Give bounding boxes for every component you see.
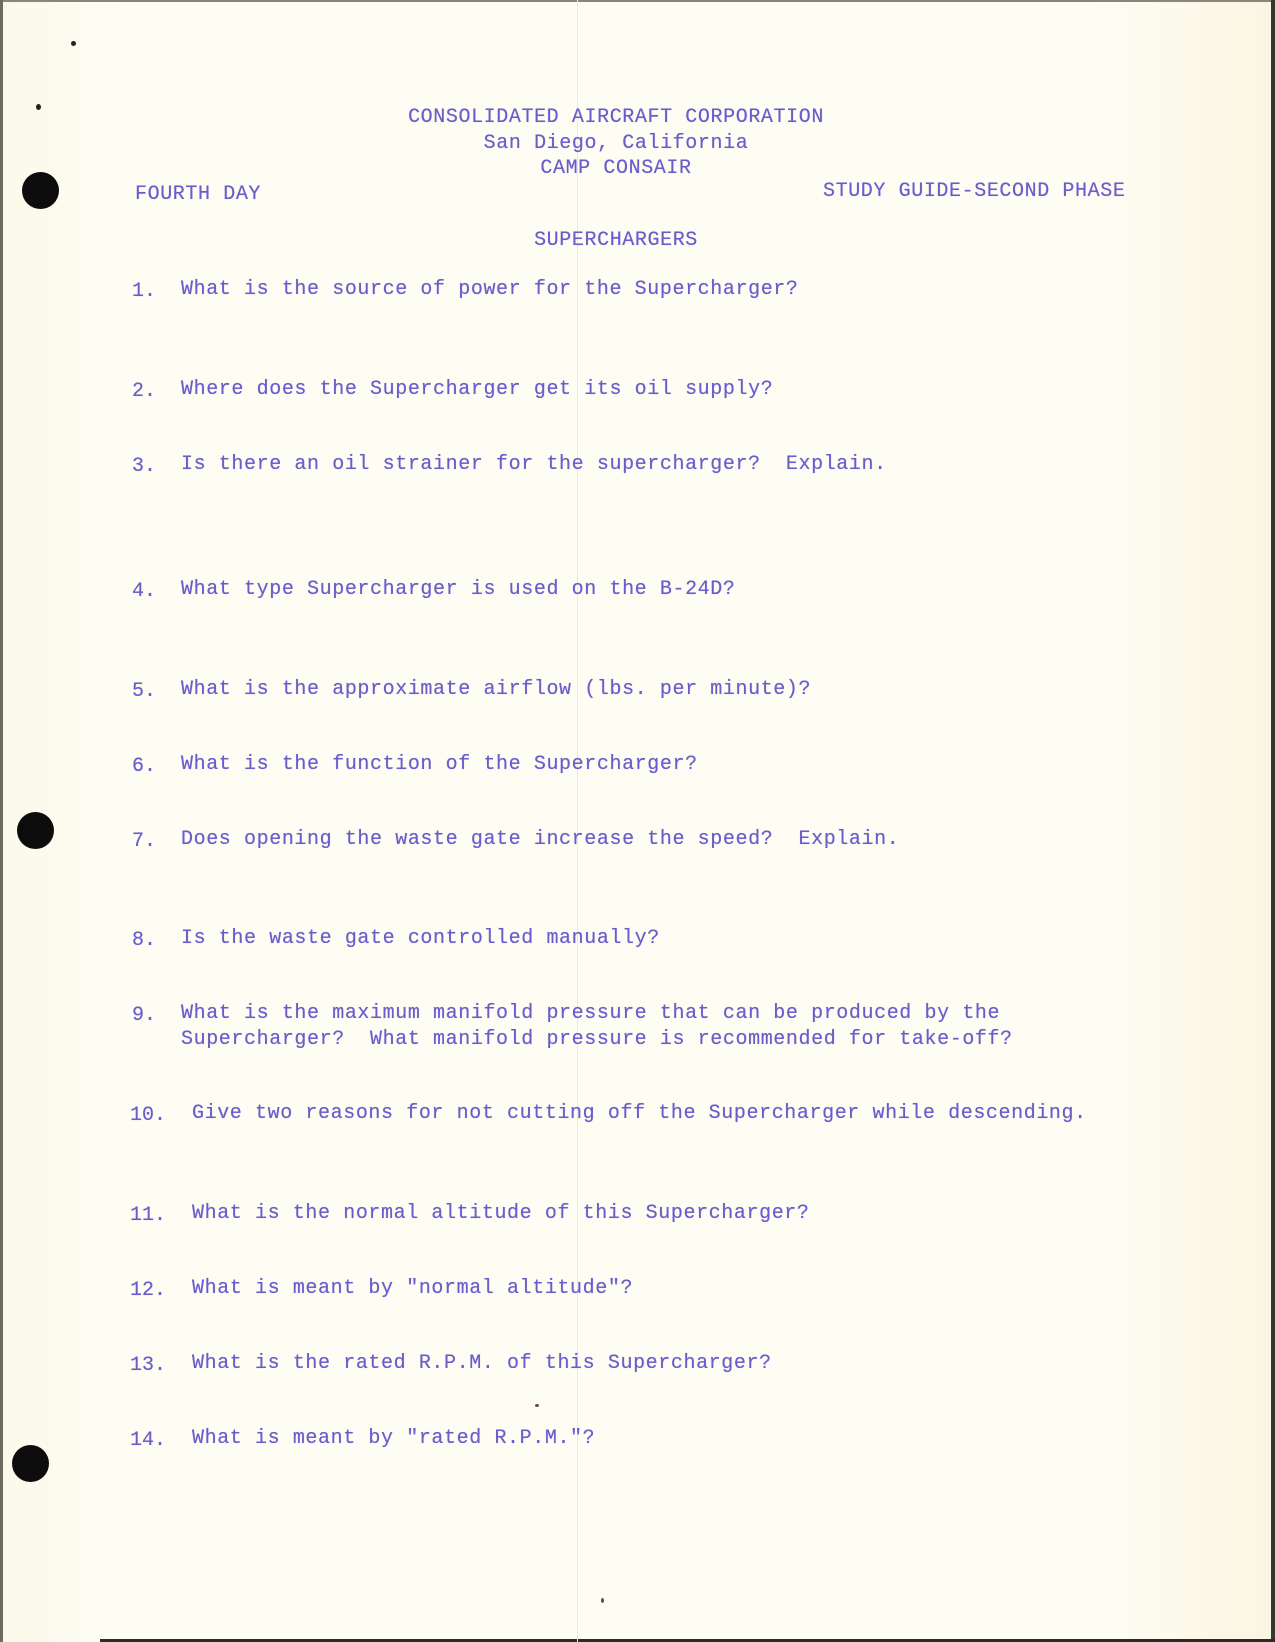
question-text: What is meant by "rated R.P.M."?	[192, 1426, 595, 1452]
ink-speck	[36, 104, 41, 110]
camp-name: CAMP CONSAIR	[316, 157, 916, 180]
question-number: 2.	[132, 380, 156, 403]
punch-hole-icon	[22, 172, 59, 209]
question-number: 10.	[130, 1104, 166, 1127]
question-text: Does opening the waste gate increase the…	[181, 827, 899, 853]
page-edge-left	[0, 0, 3, 1642]
question-number: 6.	[132, 755, 156, 778]
question-number: 1.	[132, 280, 156, 303]
question-text: What is the source of power for the Supe…	[181, 277, 799, 303]
question-text: Is the waste gate controlled manually?	[181, 926, 660, 952]
question-text: What is the approximate airflow (lbs. pe…	[181, 677, 811, 703]
punch-hole-icon	[12, 1445, 49, 1482]
question-text: What is the maximum manifold pressure th…	[181, 1001, 1013, 1053]
question-number: 13.	[130, 1354, 166, 1377]
page-edge-top	[0, 0, 1275, 2]
page-edge-right	[1271, 0, 1275, 1642]
ink-speck	[601, 1598, 604, 1603]
punch-hole-icon	[17, 812, 54, 849]
question-number: 5.	[132, 680, 156, 703]
guide-label: STUDY GUIDE-SECOND PHASE	[823, 180, 1125, 203]
question-text: What type Supercharger is used on the B-…	[181, 577, 736, 603]
question-text: What is the normal altitude of this Supe…	[192, 1201, 810, 1227]
question-number: 12.	[130, 1279, 166, 1302]
organization-name: CONSOLIDATED AIRCRAFT CORPORATION	[316, 106, 916, 129]
question-number: 14.	[130, 1429, 166, 1452]
question-text: Give two reasons for not cutting off the…	[192, 1101, 1087, 1127]
question-number: 4.	[132, 580, 156, 603]
question-number: 3.	[132, 455, 156, 478]
question-number: 7.	[132, 830, 156, 853]
question-number: 8.	[132, 929, 156, 952]
ink-speck	[71, 41, 76, 46]
question-text: Is there an oil strainer for the superch…	[181, 452, 887, 478]
question-number: 11.	[130, 1204, 166, 1227]
question-text: What is the rated R.P.M. of this Superch…	[192, 1351, 772, 1377]
location: San Diego, California	[316, 132, 916, 155]
day-label: FOURTH DAY	[135, 183, 261, 206]
ink-speck	[535, 1404, 539, 1407]
question-text: Where does the Supercharger get its oil …	[181, 377, 773, 403]
question-number: 9.	[132, 1004, 156, 1027]
document-page: CONSOLIDATED AIRCRAFT CORPORATION San Di…	[0, 0, 1275, 1642]
subject-title: SUPERCHARGERS	[316, 229, 916, 252]
question-text: What is meant by "normal altitude"?	[192, 1276, 633, 1302]
question-text: What is the function of the Supercharger…	[181, 752, 698, 778]
